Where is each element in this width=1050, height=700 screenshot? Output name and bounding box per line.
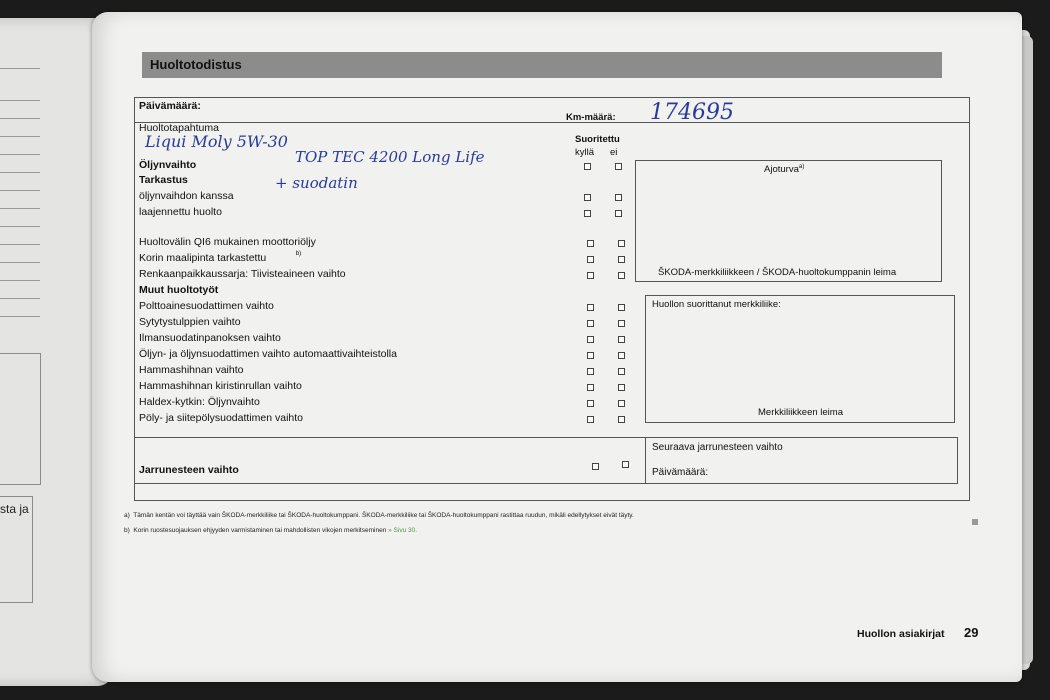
divider [135, 437, 957, 438]
yes-label: kyllä [575, 147, 594, 158]
divider [645, 437, 646, 484]
divider [0, 172, 40, 173]
service-item-label: Haldex-kytkin: Öljynvaihto [139, 396, 260, 408]
service-item-label: laajennettu huolto [139, 206, 222, 218]
divider [0, 154, 40, 155]
handwriting-oil: Liqui Moly 5W-30 [145, 132, 288, 151]
divider [135, 483, 957, 484]
no-label: ei [610, 147, 617, 158]
checkbox-no[interactable] [618, 256, 625, 263]
date-label: Päivämäärä: [139, 100, 201, 112]
checkbox-yes[interactable] [587, 384, 594, 391]
checkbox-yes[interactable] [587, 400, 594, 407]
brake-no-checkbox[interactable] [622, 461, 629, 468]
checkbox-yes[interactable] [587, 368, 594, 375]
checkbox-no[interactable] [618, 304, 625, 311]
checkbox-no[interactable] [615, 210, 622, 217]
checkbox-no[interactable] [618, 336, 625, 343]
section-heading: Muut huoltotyöt [139, 284, 218, 296]
service-item-label: Tarkastus [139, 174, 188, 186]
dealer-stamp-box: Huollon suorittanut merkkiliike: Merkkil… [645, 295, 955, 423]
checkbox-no[interactable] [618, 272, 625, 279]
footnote-a: a) Tämän kentän voi täyttää vain ŠKODA-m… [124, 512, 634, 519]
service-item-label: Renkaanpaikkaussarja: Tiivisteaineen vai… [139, 268, 346, 280]
handwriting-spec: TOP TEC 4200 Long Life [295, 148, 485, 166]
divider [957, 437, 958, 484]
checkbox-yes[interactable] [587, 416, 594, 423]
divider [0, 316, 40, 317]
divider [135, 122, 969, 123]
service-item-label: Öljynvaihto [139, 159, 196, 171]
dealer-stamp-label: Merkkiliikkeen leima [758, 407, 843, 418]
service-item-label: Huoltovälin QI6 mukainen moottoriöljy [139, 236, 316, 248]
divider [0, 244, 40, 245]
page-link[interactable]: » Sivu 30. [388, 527, 417, 534]
checkbox-no[interactable] [618, 384, 625, 391]
brake-fluid-label: Jarrunesteen vaihto [139, 464, 239, 476]
divider [0, 118, 40, 119]
footnote-b: b) Korin ruostesuojauksen ehjyyden varmi… [124, 527, 417, 534]
checkbox-no[interactable] [618, 416, 625, 423]
checkbox-yes[interactable] [584, 163, 591, 170]
divider [0, 262, 40, 263]
checkbox-yes[interactable] [584, 210, 591, 217]
divider [0, 190, 40, 191]
divider [0, 136, 40, 137]
skoda-stamp-label: ŠKODA-merkkiliikkeen / ŠKODA-huoltokumpp… [658, 267, 896, 278]
checkbox-no[interactable] [618, 368, 625, 375]
service-item-label: Pöly- ja siitepölysuodattimen vaihto [139, 412, 303, 424]
service-item-label: Polttoainesuodattimen vaihto [139, 300, 274, 312]
next-brake-label: Seuraava jarrunesteen vaihto [652, 442, 783, 453]
service-form: Päivämäärä: Km-määrä: 174695 Huoltotapah… [134, 97, 970, 501]
performed-label: Suoritettu [575, 134, 620, 145]
document-page: Huoltotodistus Päivämäärä: Km-määrä: 174… [92, 12, 1022, 682]
checkbox-yes[interactable] [587, 320, 594, 327]
checkbox-no[interactable] [615, 163, 622, 170]
footnote-ref: b) [296, 251, 301, 257]
checkbox-yes[interactable] [587, 352, 594, 359]
service-item-label: Hammashihnan kiristinrullan vaihto [139, 380, 302, 392]
ajoturva-label: Ajoturvaa) [764, 164, 804, 175]
footer-section: Huollon asiakirjat [857, 628, 945, 640]
page-title: Huoltotodistus [150, 57, 242, 72]
divider [0, 68, 40, 69]
left-page-text: sta ja [0, 502, 29, 516]
page-number: 29 [964, 625, 978, 640]
checkbox-yes[interactable] [584, 194, 591, 201]
checkbox-yes[interactable] [587, 304, 594, 311]
divider [0, 298, 40, 299]
left-box [0, 353, 41, 485]
divider [0, 100, 40, 101]
checkbox-no[interactable] [618, 400, 625, 407]
performer-label: Huollon suorittanut merkkiliike: [652, 299, 781, 310]
next-brake-date-label: Päivämäärä: [652, 467, 708, 478]
handwriting-filter: + suodatin [275, 174, 358, 192]
checkbox-yes[interactable] [587, 256, 594, 263]
checkbox-yes[interactable] [587, 272, 594, 279]
divider [0, 226, 40, 227]
service-item-label: Korin maalipinta tarkastettu [139, 252, 266, 264]
checkbox-yes[interactable] [587, 336, 594, 343]
checkbox-no[interactable] [618, 352, 625, 359]
service-item-label: Ilmansuodatinpanoksen vaihto [139, 332, 281, 344]
checkbox-no[interactable] [618, 240, 625, 247]
section-header: Huoltotodistus [142, 52, 942, 78]
checkbox-no[interactable] [615, 194, 622, 201]
brake-yes-checkbox[interactable] [592, 463, 599, 470]
divider [0, 280, 40, 281]
end-marker-icon [972, 519, 978, 525]
checkbox-yes[interactable] [587, 240, 594, 247]
service-item-label: Hammashihnan vaihto [139, 364, 243, 376]
checkbox-no[interactable] [618, 320, 625, 327]
service-item-label: Öljyn- ja öljynsuodattimen vaihto automa… [139, 348, 397, 360]
service-item-label: Sytytystulppien vaihto [139, 316, 241, 328]
service-item-label: öljynvaihdon kanssa [139, 190, 234, 202]
divider [0, 208, 40, 209]
ajoturva-stamp-box: Ajoturvaa) ŠKODA-merkkiliikkeen / ŠKODA-… [635, 160, 942, 282]
